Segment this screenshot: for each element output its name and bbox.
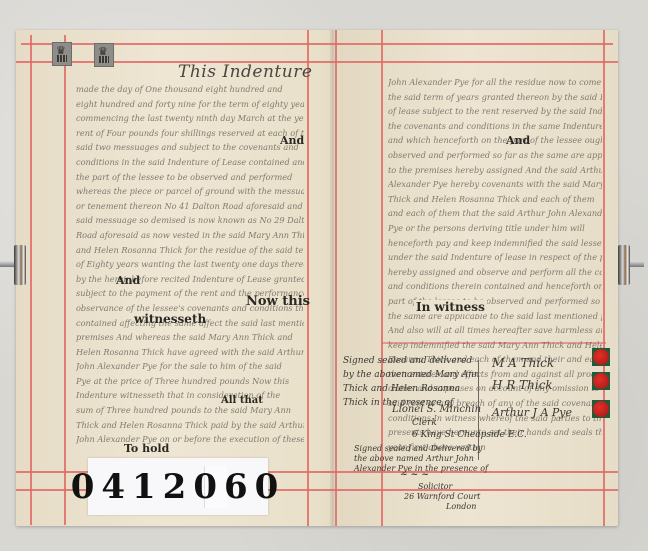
revenue-stamp-icon [94,43,114,67]
left-page-text: made the day of One thousand eight hundr… [76,82,304,454]
red-rule-center-1 [307,30,309,526]
witness-role: Clerk [412,418,437,428]
witness-name: Lionel S. Minchin [392,404,481,415]
witness-address: 6 King St Cheapside E.C. [412,430,527,440]
red-rule-center-2 [335,30,337,526]
catalog-number: 0412060 [88,458,268,515]
document-heading: This Indenture [178,62,312,82]
red-rule-left-2 [64,35,66,525]
section-word-and: And [280,134,304,147]
wax-seal-icon [592,372,610,390]
section-word-now-this: Now this [246,294,310,309]
section-word-and-right: And [506,134,530,147]
section-word-in-witness: In witness [414,300,487,314]
wax-seal-icon [592,400,610,418]
revenue-stamp-icon [52,42,72,66]
second-witness-address-1: 26 Warnford Court [404,492,480,501]
binder-clip-left-icon [4,245,26,285]
signature-h-r-thick: H R Thick [492,378,553,392]
red-rule-right [603,30,605,526]
second-witness-signature: ~ ~ ~ [400,470,429,480]
signature-m-a-thick: M A Thick [492,356,554,370]
wax-seal-icon [592,348,610,366]
section-word-and-whereas: And [116,274,140,287]
section-word-to-hold: To hold [124,442,169,455]
section-word-witnesseth: witnesseth [134,312,206,326]
signature-arthur-pye: Arthur J A Pye [492,406,572,419]
attestation-text: Signed sealed and delivered by the above… [343,354,480,410]
red-rule-left-1 [30,35,32,525]
binder-clip-right-icon [618,245,640,285]
second-witness-role: Solicitor [418,482,452,491]
catalog-number-label: 0412060 [88,458,268,515]
section-word-all-that: All that [221,395,263,406]
indenture-document: This Indenture made the day of One thous… [16,30,618,526]
second-witness-address-2: London [446,502,476,511]
